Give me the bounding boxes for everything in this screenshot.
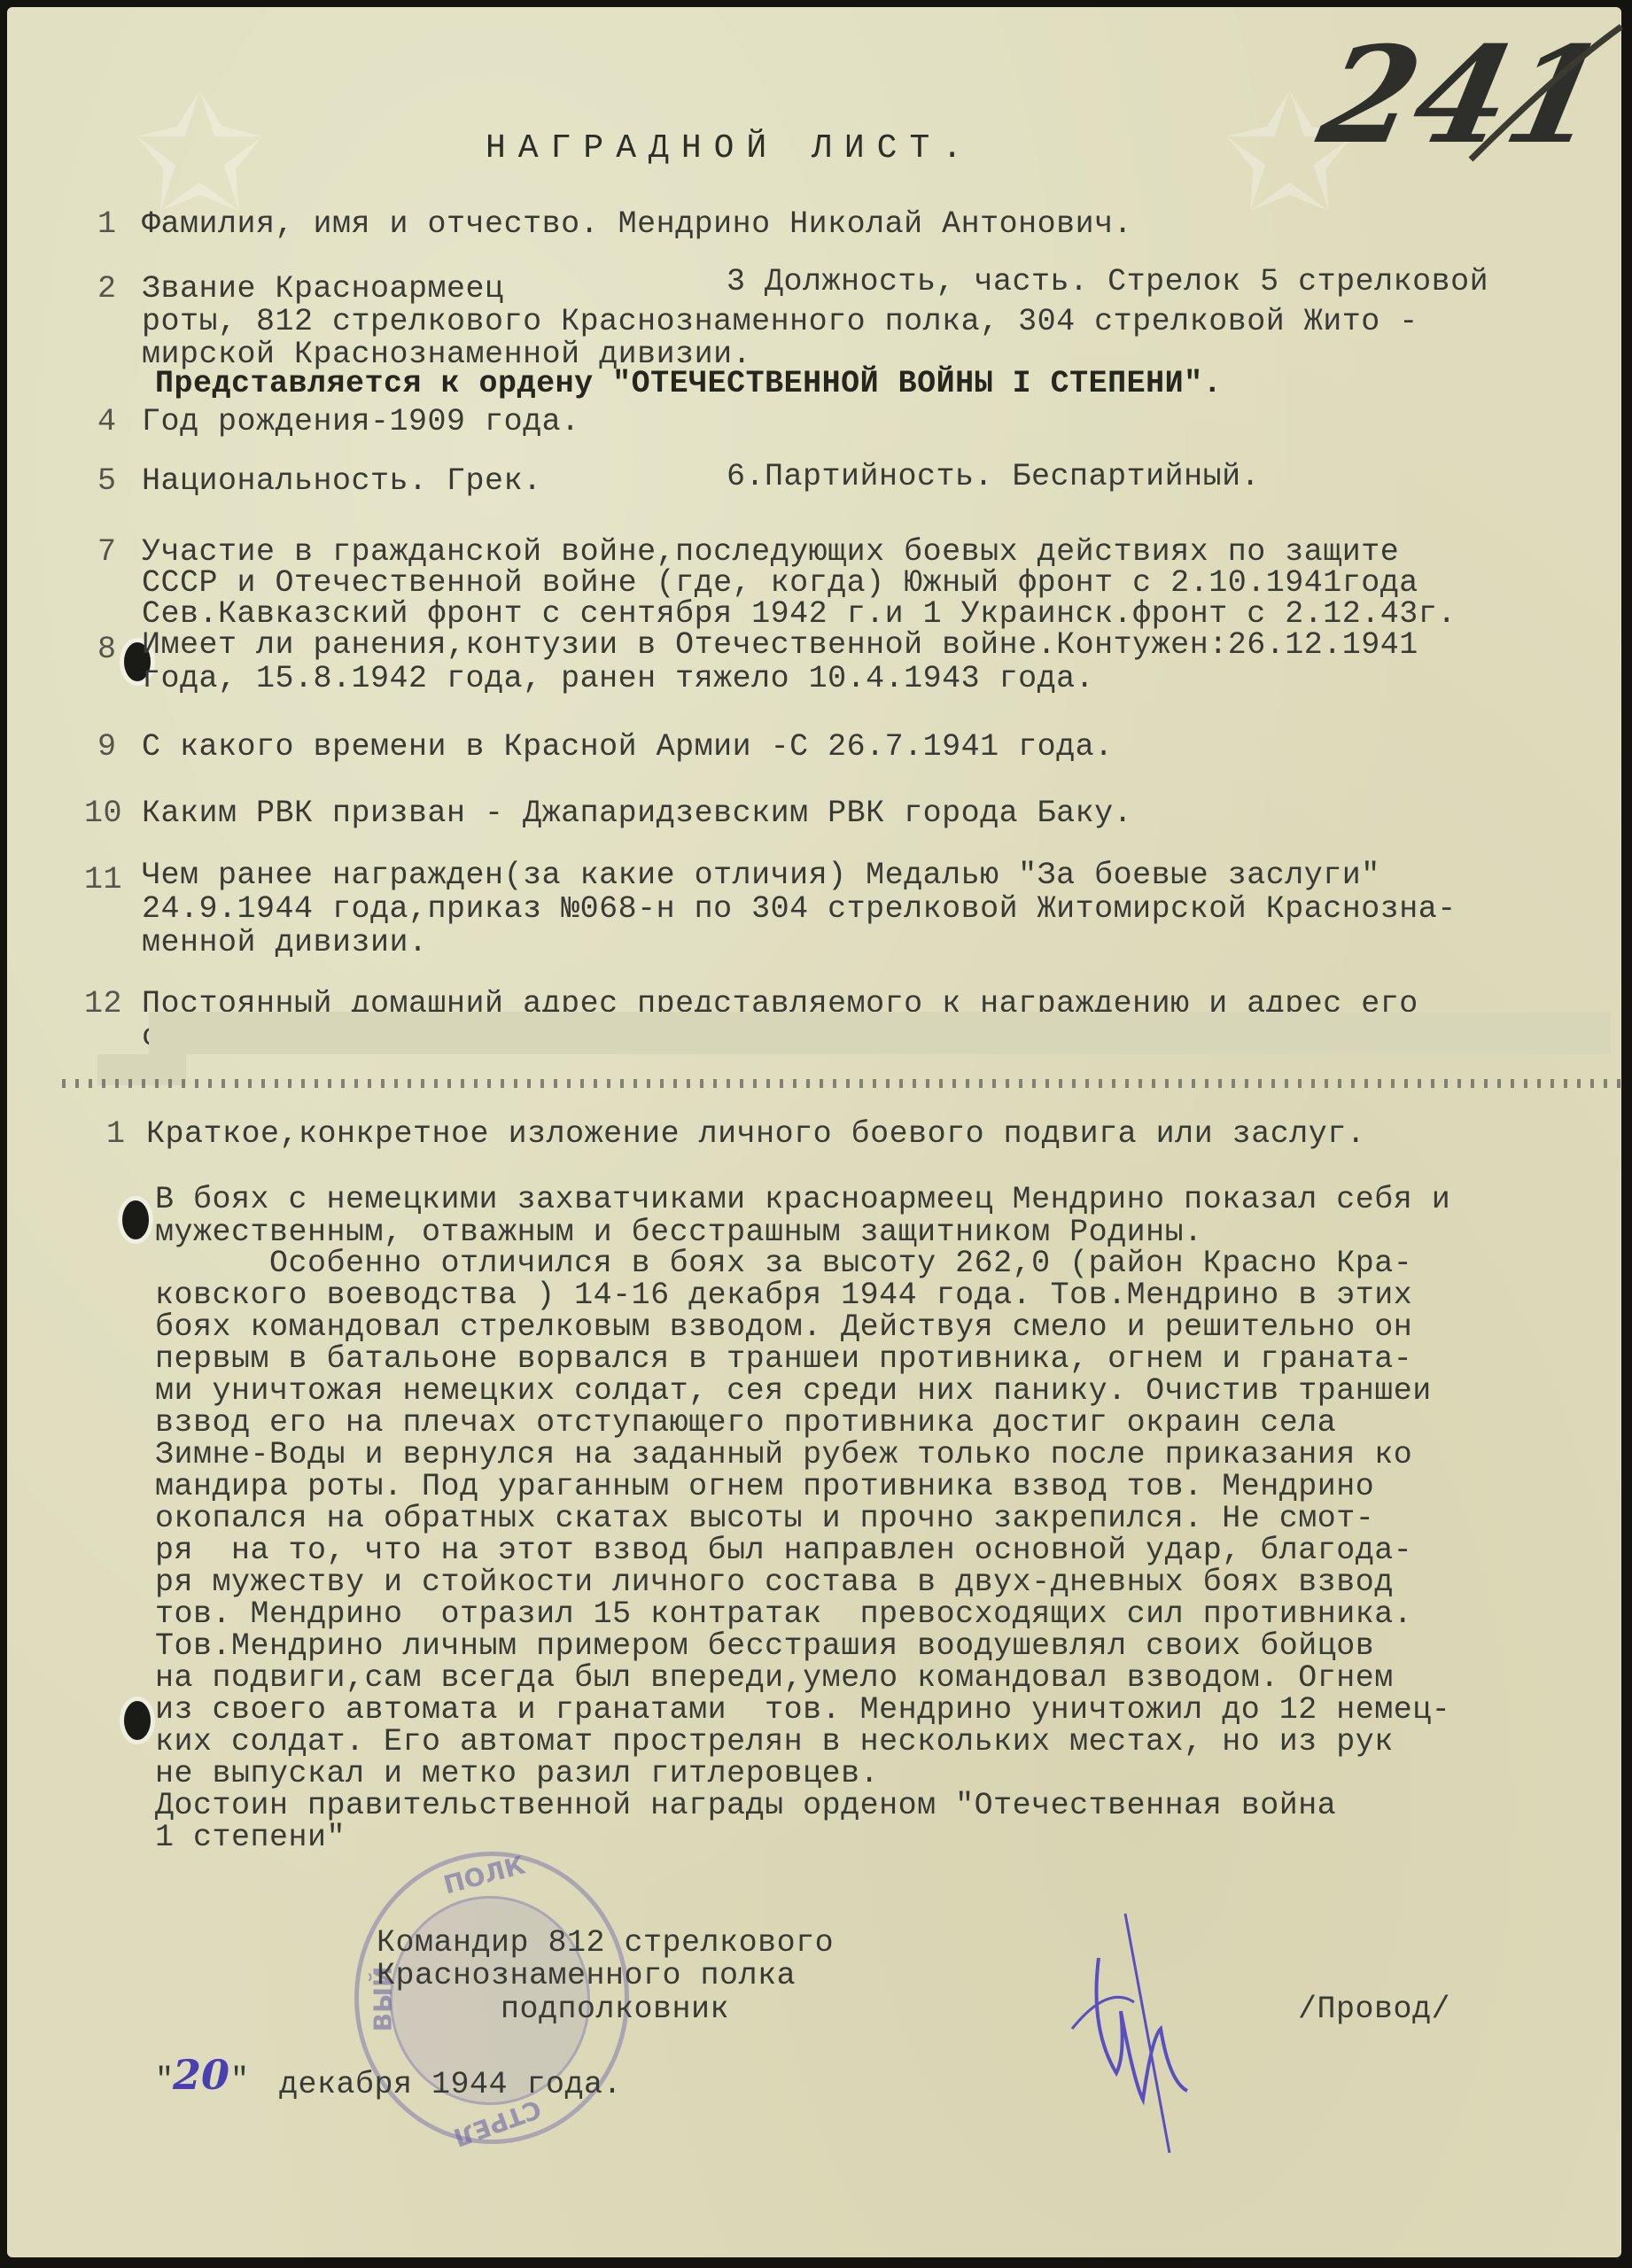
- field-draft-office: Каким РВК призван - Джапаридзевским РВК …: [142, 797, 1132, 829]
- field-party: 6.Партийность. Беспартийный.: [727, 461, 1260, 493]
- signatory-name: /Провод/: [1298, 1993, 1450, 2025]
- punch-hole: [124, 1701, 151, 1740]
- feat-line: взвод его на плечах отступающего противн…: [155, 1407, 1336, 1439]
- field-war-participation-line3: Сев.Кавказский фронт с сентября 1942 г.и…: [142, 598, 1457, 630]
- field-birth-year: Год рождения-1909 года.: [142, 406, 580, 438]
- field-previous-awards-line3: менной дивизии.: [142, 927, 428, 959]
- feat-line: ря на то, что на этот взвод был направле…: [155, 1534, 1412, 1566]
- field-nationality: Национальность. Грек.: [142, 465, 542, 497]
- field-number: 11: [84, 864, 122, 896]
- field-previous-awards: Чем ранее награжден(за какие отличия) Ме…: [142, 859, 1380, 891]
- field-number: 8: [97, 633, 117, 665]
- feat-line: не выпускал и метко разил гитлеровцев.: [155, 1758, 879, 1790]
- redacted-address-area: [149, 1012, 1611, 1054]
- field-position-line2: роты, 812 стрелкового Краснознаменного п…: [142, 306, 1418, 338]
- field-full-name: Фамилия, имя и отчество. Мендрино Никола…: [142, 208, 1132, 240]
- section-separator: [62, 1079, 1621, 1088]
- feat-line: мужественным, отважным и бесстрашным защ…: [155, 1216, 1203, 1248]
- field-number: 5: [97, 465, 117, 497]
- field-number: 7: [97, 536, 117, 568]
- signatory-title-line2: Краснознаменного полка: [377, 1960, 796, 1992]
- field-number: 2: [97, 273, 117, 305]
- field-wounds: Имеет ли ранения,контузии в Отечественно…: [142, 629, 1418, 661]
- feat-line: ковского воеводства ) 14-16 декабря 1944…: [155, 1279, 1412, 1311]
- signatory-rank: подполковник: [501, 1993, 729, 2025]
- field-wounds-line2: года, 15.8.1942 года, ранен тяжело 10.4.…: [142, 663, 1094, 695]
- pen-stroke-icon: [1453, 18, 1630, 168]
- feat-line: ря мужеству и стойкости личного состава …: [155, 1566, 1394, 1598]
- feat-line: тов. Мендрино отразил 15 контратак прево…: [155, 1598, 1412, 1630]
- signatory-title-line1: Командир 812 стрелкового: [377, 1927, 834, 1959]
- date-quote-open: ": [155, 2064, 175, 2096]
- feat-description-heading: Краткое,конкретное изложение личного бое…: [146, 1118, 1365, 1150]
- field-service-start: С какого времени в Красной Армии -С 26.7…: [142, 731, 1114, 763]
- field-rank: Звание Красноармеец: [142, 273, 504, 305]
- date-month-year: декабря 1944 года.: [279, 2069, 622, 2101]
- feat-line: В боях с немецкими захватчиками красноар…: [155, 1184, 1450, 1216]
- feat-line: мандира роты. Под ураганным огнем против…: [155, 1471, 1374, 1503]
- feat-line: Особенно отличился в боях за высоту 262,…: [155, 1247, 1412, 1279]
- feat-line: 1 степени": [155, 1821, 346, 1853]
- field-previous-awards-line2: 24.9.1944 года,приказ №068-н по 304 стре…: [142, 893, 1457, 925]
- award-nomination: Представляется к ордену "ОТЕЧЕСТВЕННОЙ В…: [155, 368, 1222, 400]
- field-number: 10: [84, 797, 122, 829]
- feat-line: боях командовал стрелковым взводом. Дейс…: [155, 1311, 1412, 1343]
- document-title: НАГРАДНОЙ ЛИСТ.: [486, 133, 975, 165]
- feat-line: на подвиги,сам всегда был впереди,умело …: [155, 1662, 1394, 1694]
- feat-line: ми уничтожая немецких солдат, сея среди …: [155, 1375, 1432, 1407]
- field-number: 12: [84, 988, 122, 1020]
- date-day-handwritten: 20: [173, 2051, 229, 2099]
- feat-line: ких солдат. Его автомат прострелян в нес…: [155, 1726, 1394, 1758]
- field-number: 4: [97, 406, 117, 438]
- handwritten-signature-icon: [1054, 1905, 1249, 2171]
- feat-line: из своего автомата и гранатами тов. Менд…: [155, 1694, 1450, 1726]
- field-number: 1: [97, 208, 117, 240]
- feat-line: окопался на обратных скатах высоты и про…: [155, 1503, 1374, 1534]
- feat-line: Зимне-Воды и вернулся на заданный рубеж …: [155, 1439, 1412, 1471]
- feat-line: первым в батальоне ворвался в траншеи пр…: [155, 1343, 1412, 1375]
- section-number: 1: [106, 1118, 126, 1150]
- feat-line: Тов.Мендрино личным примером бесстрашия …: [155, 1630, 1374, 1662]
- field-war-participation-line2: СССР и Отечественной войне (где, когда) …: [142, 567, 1418, 599]
- punch-hole: [122, 1200, 149, 1239]
- field-position: 3 Должность, часть. Стрелок 5 стрелковой: [727, 266, 1488, 298]
- feat-line: Достоин правительственной награды ордено…: [155, 1790, 1336, 1821]
- field-number: 9: [97, 731, 117, 763]
- field-war-participation: Участие в гражданской войне,последующих …: [142, 536, 1399, 568]
- date-quote-close: ": [230, 2064, 250, 2096]
